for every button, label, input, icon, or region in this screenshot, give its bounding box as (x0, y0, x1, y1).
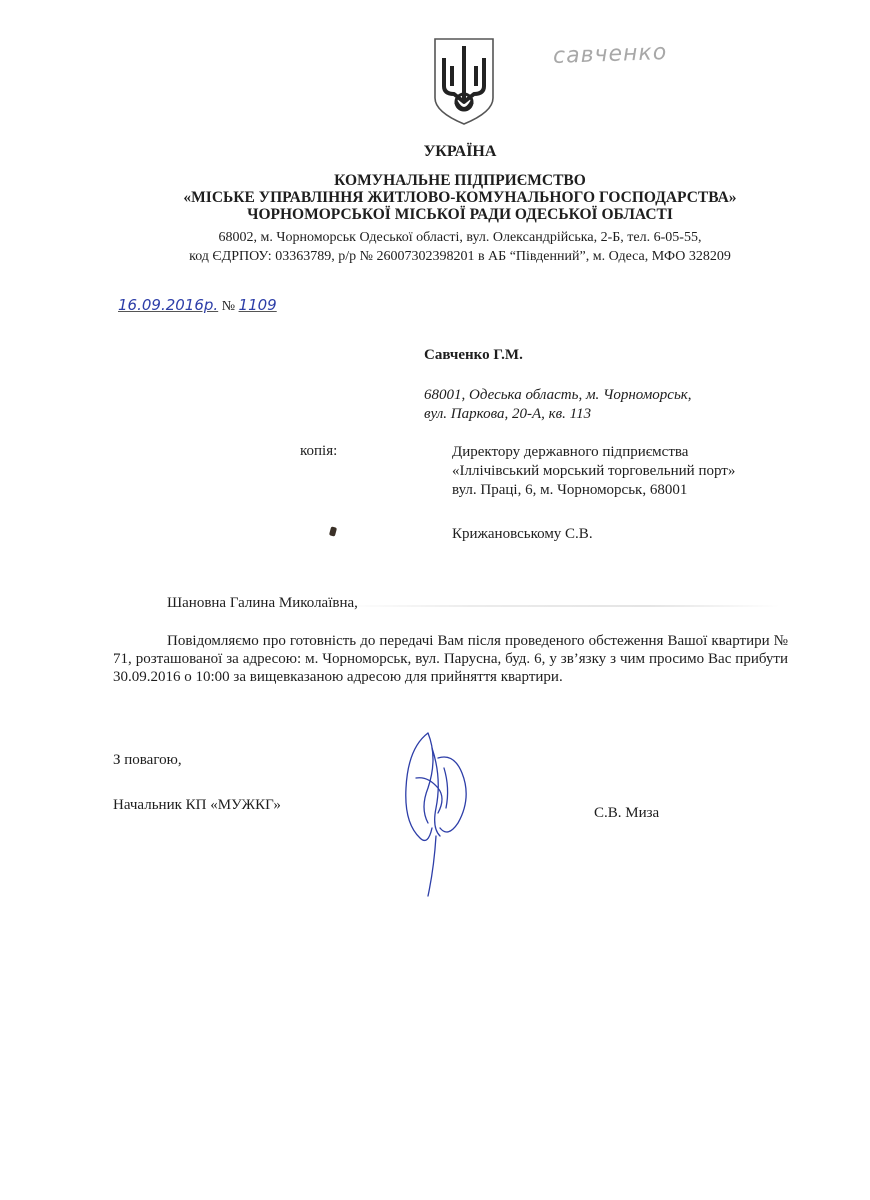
recipient-address-line-1: 68001, Одеська область, м. Чорноморськ, (424, 386, 692, 405)
recipient-address-line-2: вул. Паркова, 20-А, кв. 113 (424, 405, 692, 424)
registration-line: 16.09.2016р. № 1109 (118, 296, 277, 315)
letter-body: Повідомляємо про готовність до передачі … (113, 632, 788, 686)
country-title: УКРАЇНА (0, 143, 870, 161)
scan-speck (329, 526, 337, 536)
copy-person: Крижановському С.В. (452, 526, 593, 543)
signer-position: Начальник КП «МУЖКГ» (113, 797, 281, 814)
handwritten-date: 16.09.2016р. (118, 296, 218, 314)
handwritten-number: 1109 (239, 296, 277, 314)
salutation: Шановна Галина Миколаївна, (167, 595, 358, 612)
org-address-line-2: код ЄДРПОУ: 03363789, р/р № 260073023982… (130, 247, 790, 266)
pencil-annotation: савченко (553, 40, 668, 69)
copy-line-3: вул. Праці, 6, м. Чорноморськ, 68001 (452, 481, 735, 500)
copy-line-1: Директору державного підприємства (452, 443, 735, 462)
number-label: № (222, 299, 235, 314)
org-line-3: ЧОРНОМОРСЬКОЇ МІСЬКОЇ РАДИ ОДЕСЬКОЇ ОБЛА… (150, 206, 770, 223)
org-line-1: КОМУНАЛЬНЕ ПІДПРИЄМСТВО (150, 172, 770, 189)
organization-details: 68002, м. Чорноморськ Одеської області, … (130, 228, 790, 266)
recipient-name: Савченко Г.М. (424, 347, 523, 364)
organization-name: КОМУНАЛЬНЕ ПІДПРИЄМСТВО «МІСЬКЕ УПРАВЛІН… (150, 172, 770, 223)
org-address-line-1: 68002, м. Чорноморськ Одеської області, … (130, 228, 790, 247)
trident-coat-of-arms-icon (432, 36, 496, 126)
recipient-address: 68001, Одеська область, м. Чорноморськ, … (424, 386, 692, 424)
regards: З повагою, (113, 752, 182, 769)
scan-artifact (340, 605, 780, 607)
copy-label: копія: (300, 443, 337, 460)
org-line-2: «МІСЬКЕ УПРАВЛІННЯ ЖИТЛОВО-КОМУНАЛЬНОГО … (150, 189, 770, 206)
copy-line-2: «Іллічівський морський торговельний порт… (452, 462, 735, 481)
signer-name: С.В. Миза (594, 805, 659, 822)
copy-recipient: Директору державного підприємства «Ілліч… (452, 443, 735, 500)
handwritten-signature (398, 728, 478, 898)
